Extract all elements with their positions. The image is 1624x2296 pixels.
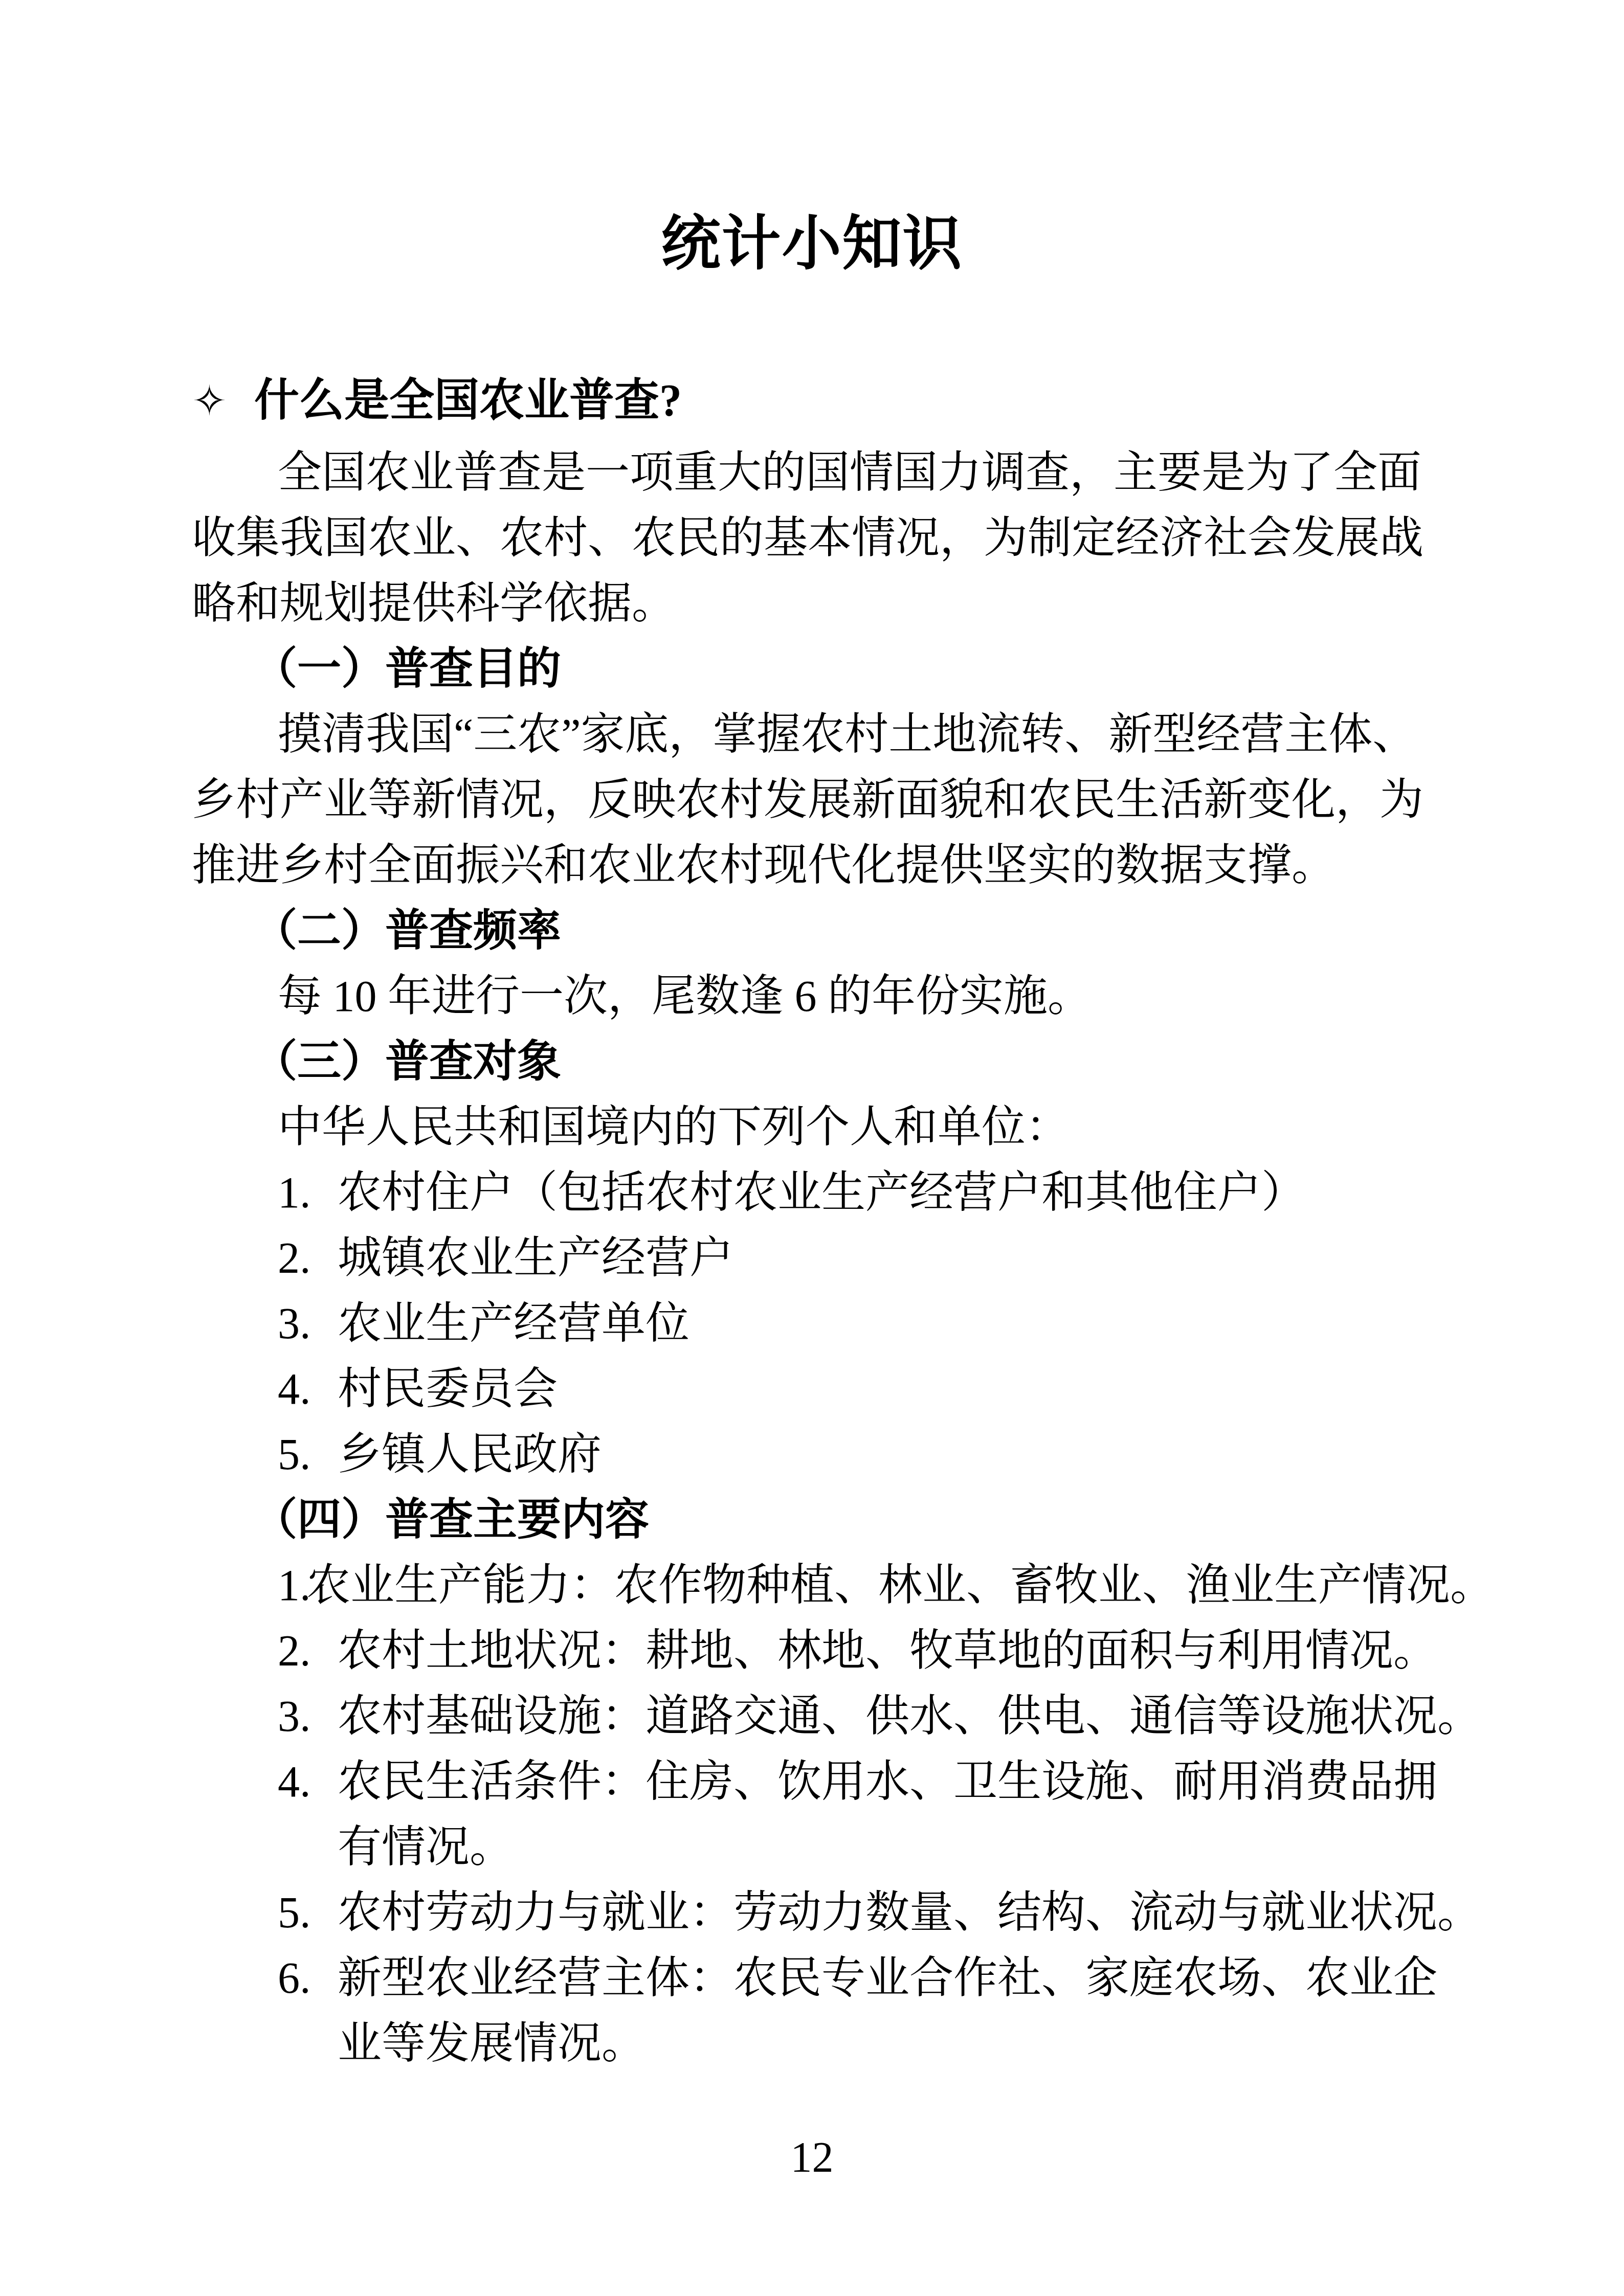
list-item: 3.农业生产经营单位 — [192, 1291, 1450, 1356]
subsection-heading: （三）普查对象 — [192, 1029, 1450, 1094]
page-title: 统计小知识 — [0, 0, 1624, 273]
subsection-heading: （一）普查目的 — [192, 636, 1450, 702]
page-number: 12 — [0, 2136, 1624, 2179]
text-line: 每 10 年进行一次，尾数逢 6 的年份实施。 — [192, 963, 1450, 1029]
list-item-number: 1. — [278, 1552, 306, 1618]
list-item-number: 5. — [278, 1422, 338, 1487]
list-item: 5.农村劳动力与就业：劳动力数量、结构、流动与就业状况。 — [192, 1880, 1450, 1945]
text-line: 略和规划提供科学依据。 — [192, 571, 1450, 636]
list-item: 1.农业生产能力：农作物种植、林业、畜牧业、渔业生产情况。 — [192, 1552, 1450, 1618]
list-item-number: 4. — [278, 1356, 338, 1422]
list-item: 6.新型农业经营主体：农民专业合作社、家庭农场、农业企 — [192, 1945, 1450, 2011]
question-heading-text: 什么是全国农业普查? — [254, 376, 682, 425]
list-item-number: 2. — [278, 1618, 338, 1683]
list-item-number: 2. — [278, 1225, 338, 1291]
subsection-heading: （四）普查主要内容 — [192, 1487, 1450, 1552]
list-item: 4.村民委员会 — [192, 1356, 1450, 1422]
text-line: 收集我国农业、农村、农民的基本情况，为制定经济社会发展战 — [192, 505, 1450, 571]
list-item: 4.农民生活条件：住房、饮用水、卫生设施、耐用消费品拥 — [192, 1749, 1450, 1814]
text-line: 摸清我国“三农”家底，掌握农村土地流转、新型经营主体、 — [192, 702, 1450, 767]
text-line: 乡村产业等新情况，反映农村发展新面貌和农民生活新变化，为 — [192, 767, 1450, 832]
list-item: 3.农村基础设施：道路交通、供水、供电、通信等设施状况。 — [192, 1683, 1450, 1749]
text-line: 中华人民共和国境内的下列个人和单位： — [192, 1094, 1450, 1160]
list-item-number: 5. — [278, 1880, 338, 1945]
text-line: 推进乡村全面振兴和农业农村现代化提供坚实的数据支撑。 — [192, 832, 1450, 898]
question-heading: ✧什么是全国农业普查? — [192, 368, 1624, 434]
list-item: 1.农村住户（包括农村农业生产经营户和其他住户） — [192, 1160, 1450, 1225]
text-line: 全国农业普查是一项重大的国情国力调查，主要是为了全面 — [192, 440, 1450, 505]
list-item: 5.乡镇人民政府 — [192, 1422, 1450, 1487]
list-item-continuation: 有情况。 — [192, 1814, 1450, 1880]
content-lines: 全国农业普查是一项重大的国情国力调查，主要是为了全面收集我国农业、农村、农民的基… — [0, 440, 1624, 2076]
list-item-number: 3. — [278, 1683, 338, 1749]
list-item: 2.城镇农业生产经营户 — [192, 1225, 1450, 1291]
list-item: 2.农村土地状况：耕地、林地、牧草地的面积与利用情况。 — [192, 1618, 1450, 1683]
list-item-continuation: 业等发展情况。 — [192, 2011, 1450, 2076]
list-item-number: 4. — [278, 1749, 338, 1814]
four-pointed-star-icon: ✧ — [192, 369, 254, 434]
list-item-number: 3. — [278, 1291, 338, 1356]
document-page: 统计小知识 ✧什么是全国农业普查? 全国农业普查是一项重大的国情国力调查，主要是… — [0, 0, 1624, 2296]
subsection-heading: （二）普查频率 — [192, 898, 1450, 963]
list-item-number: 6. — [278, 1945, 338, 2011]
list-item-number: 1. — [278, 1160, 338, 1225]
